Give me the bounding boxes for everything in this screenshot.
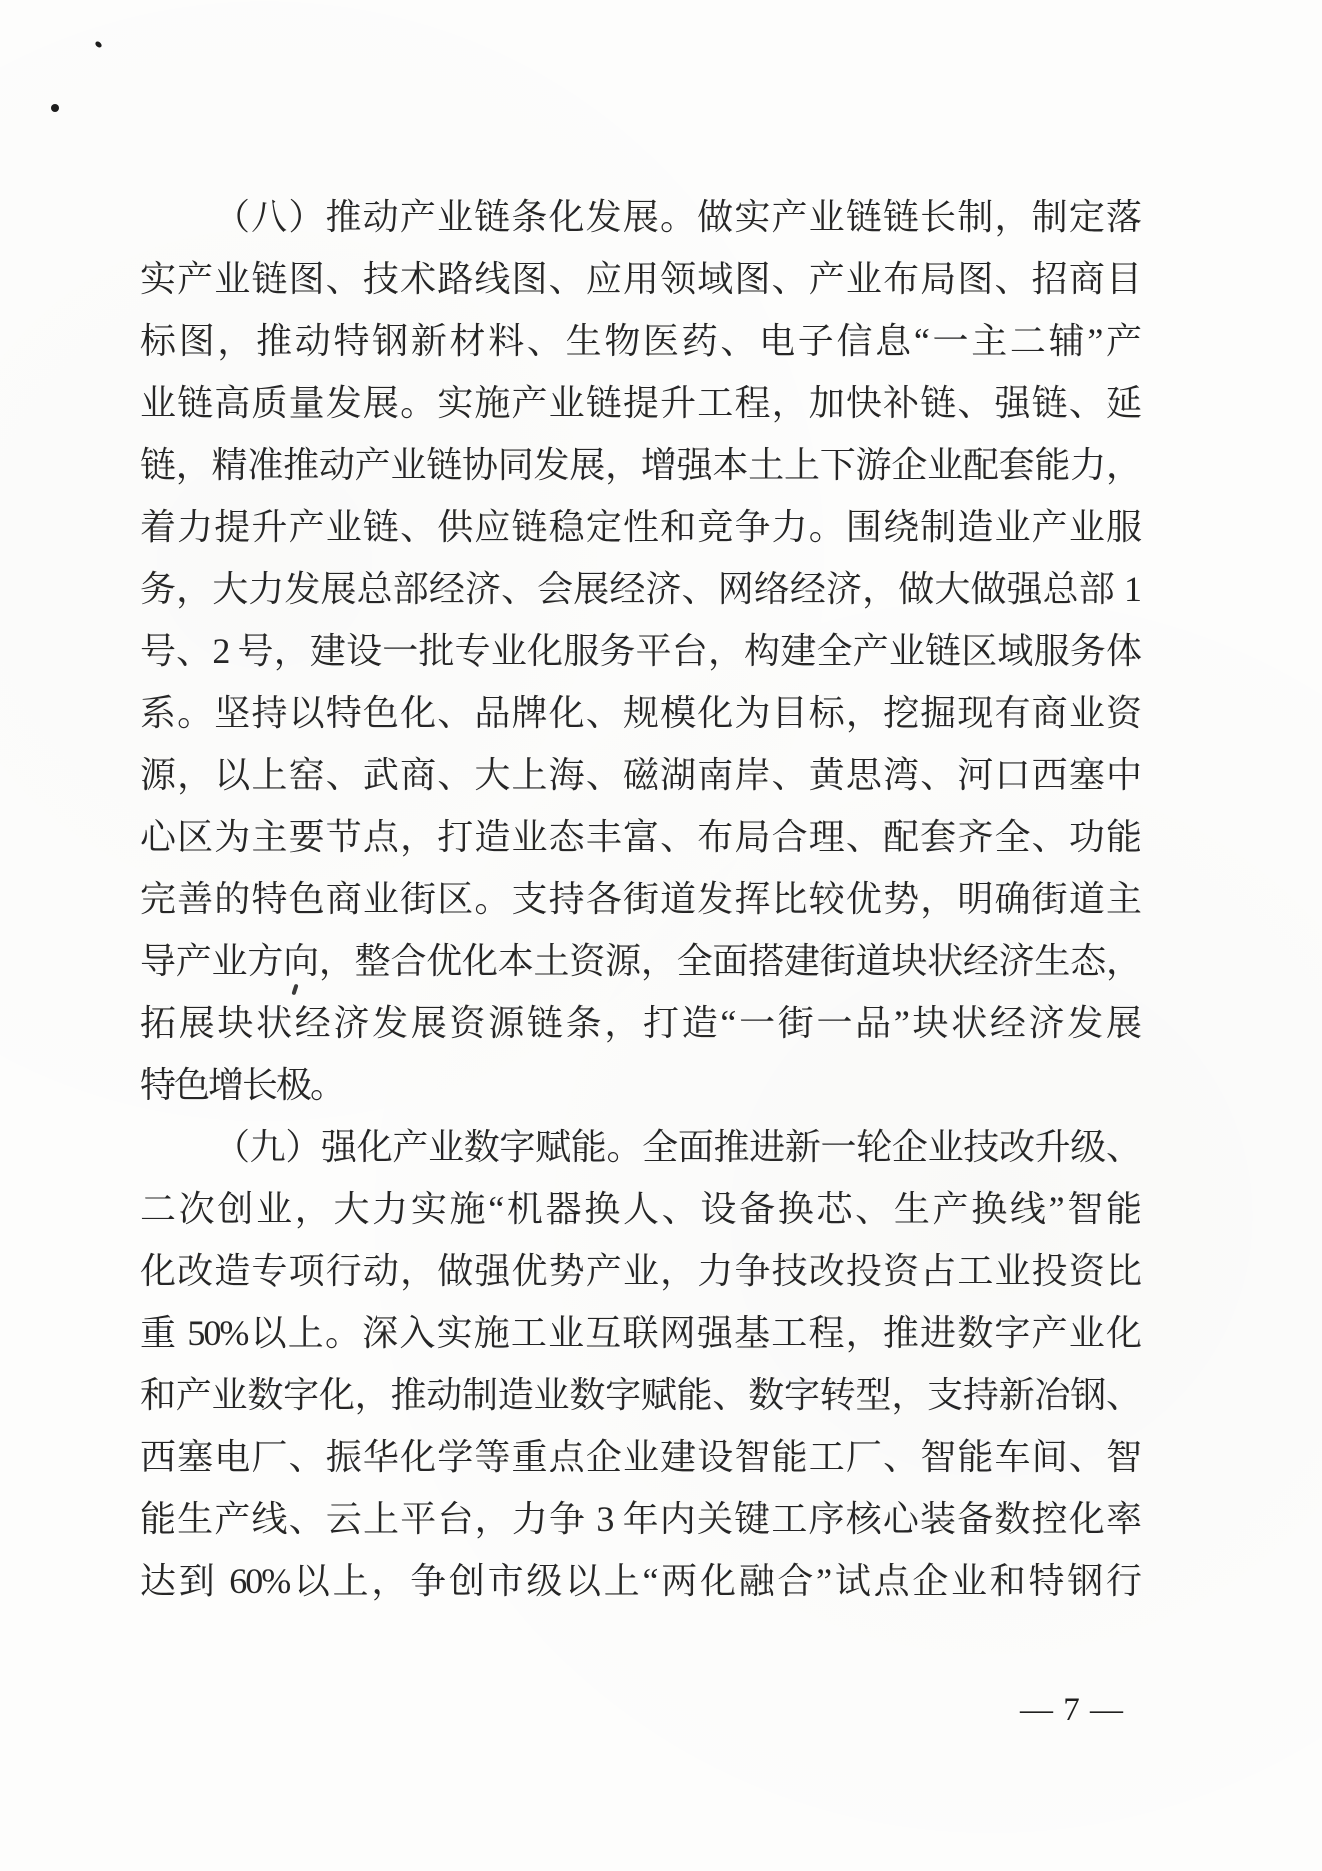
document-page: （八）推动产业链条化发展。做实产业链链长制，制定落 实产业链图、技术路线图、应用… [0,0,1322,1871]
text-line: 业链高质量发展。实施产业链提升工程，加快补链、强链、延 [140,372,1140,434]
text-line: 特色增长极。 [140,1054,1140,1116]
text-line: 化改造专项行动，做强优势产业，力争技改投资占工业投资比 [140,1240,1140,1302]
scan-speck [51,104,59,112]
text-line: （八）推动产业链条化发展。做实产业链链长制，制定落 [140,186,1140,248]
text-line: 拓展块状经济发展资源链条，打造“一街一品”块状经济发展 [140,992,1140,1054]
text-line: 和产业数字化，推动制造业数字赋能、数字转型，支持新冶钢、 [140,1364,1140,1426]
text-line: 标图，推动特钢新材料、生物医药、电子信息“一主二辅”产 [140,310,1140,372]
text-line: 源，以上窑、武商、大上海、磁湖南岸、黄思湾、河口西塞中 [140,744,1140,806]
text-line: 达到 60%以上，争创市级以上“两化融合”试点企业和特钢行 [140,1550,1140,1612]
text-line: 务，大力发展总部经济、会展经济、网络经济，做大做强总部 1 [140,558,1140,620]
text-line: 完善的特色商业街区。支持各街道发挥比较优势，明确街道主 [140,868,1140,930]
text-line: 链，精准推动产业链协同发展，增强本土上下游企业配套能力， [140,434,1140,496]
page-number: — 7 — [1002,1690,1142,1730]
text-line: 着力提升产业链、供应链稳定性和竞争力。围绕制造业产业服 [140,496,1140,558]
text-line: 二次创业，大力实施“机器换人、设备换芯、生产换线”智能 [140,1178,1140,1240]
text-line: 实产业链图、技术路线图、应用领域图、产业布局图、招商目 [140,248,1140,310]
text-line: 心区为主要节点，打造业态丰富、布局合理、配套齐全、功能 [140,806,1140,868]
text-line: （九）强化产业数字赋能。全面推进新一轮企业技改升级、 [140,1116,1140,1178]
body-text: （八）推动产业链条化发展。做实产业链链长制，制定落 实产业链图、技术路线图、应用… [140,186,1140,1612]
text-line: 西塞电厂、振华化学等重点企业建设智能工厂、智能车间、智 [140,1426,1140,1488]
text-line: 能生产线、云上平台，力争 3 年内关键工序核心装备数控化率 [140,1488,1140,1550]
text-line: 导产业方向，整合优化本土资源，全面搭建街道块状经济生态， [140,930,1140,992]
text-line: 重 50%以上。深入实施工业互联网强基工程，推进数字产业化 [140,1302,1140,1364]
paragraph-9: （九）强化产业数字赋能。全面推进新一轮企业技改升级、 二次创业，大力实施“机器换… [140,1116,1140,1612]
scan-speck [94,40,103,48]
paragraph-8: （八）推动产业链条化发展。做实产业链链长制，制定落 实产业链图、技术路线图、应用… [140,186,1140,1116]
text-line: 号、2 号，建设一批专业化服务平台，构建全产业链区域服务体 [140,620,1140,682]
text-line: 系。坚持以特色化、品牌化、规模化为目标，挖掘现有商业资 [140,682,1140,744]
